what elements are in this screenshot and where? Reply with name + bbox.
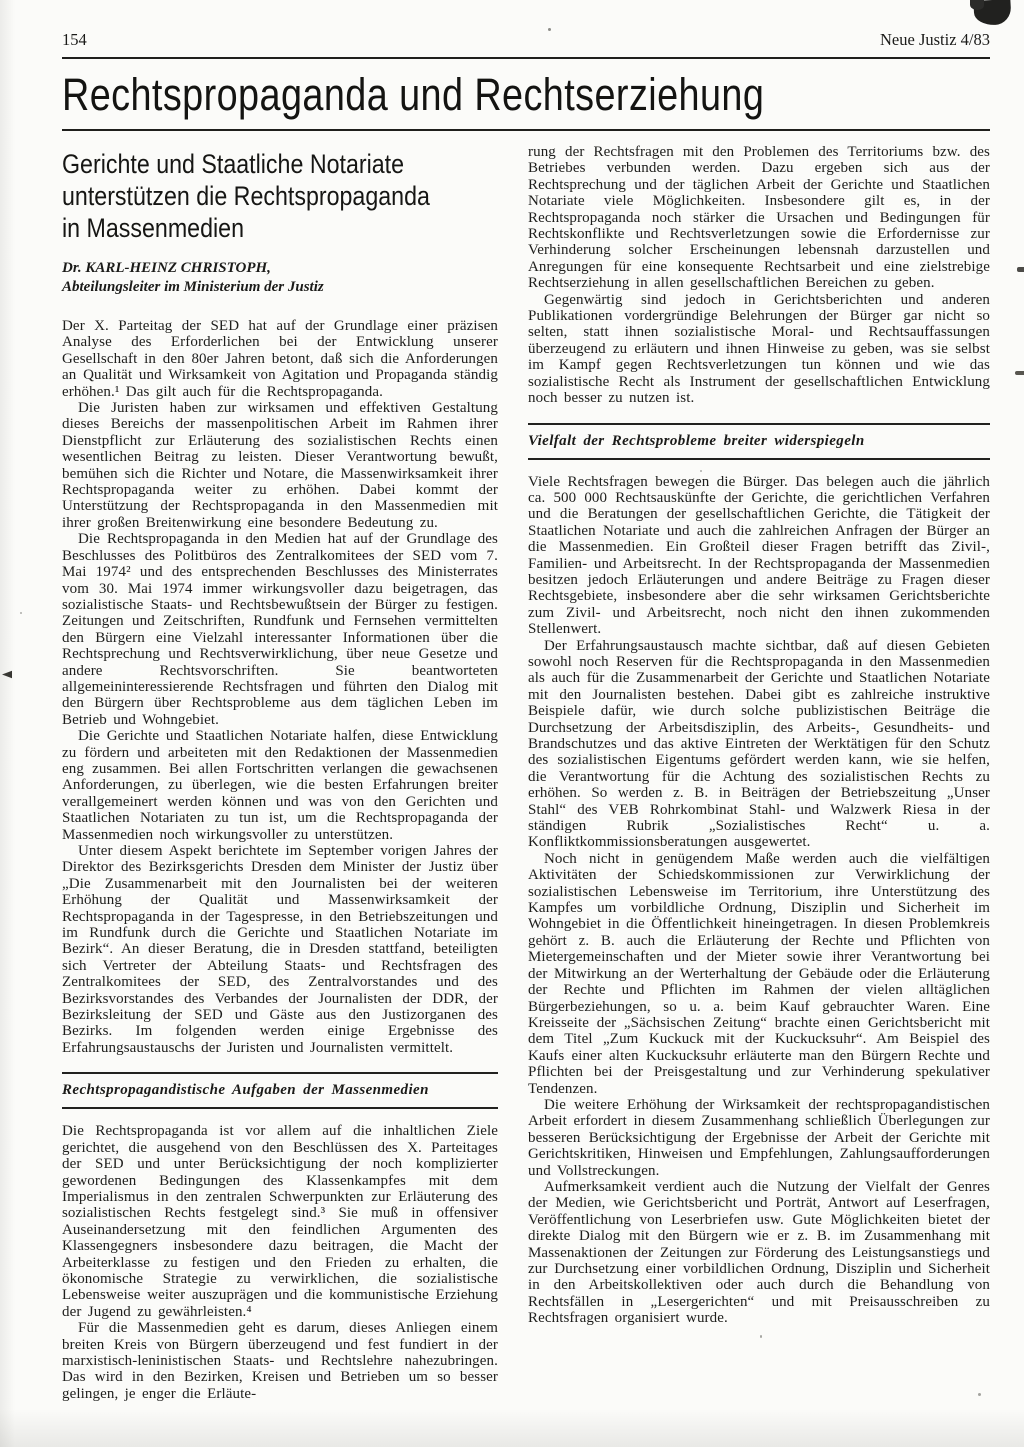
- article-title-line: in Massenmedien: [62, 212, 437, 244]
- section-heading-left: Rechtspropagandistische Aufgaben der Mas…: [62, 1072, 498, 1109]
- scan-artifact-edge-dash: [1017, 267, 1024, 272]
- scan-artifact-speck: [20, 612, 22, 614]
- article-title-line: Gerichte und Staatliche Notariate: [62, 148, 437, 180]
- paragraph: Die Juristen haben zur wirksamen und eff…: [62, 400, 498, 531]
- author-role: Abteilungsleiter im Ministerium der Just…: [62, 278, 498, 297]
- scan-bottom-shading: [0, 1409, 1024, 1447]
- paragraph: Der X. Parteitag der SED hat auf der Gru…: [62, 318, 498, 400]
- author-block: Dr. KARL-HEINZ CHRISTOPH, Abteilungsleit…: [62, 259, 498, 297]
- paragraph: Die Rechtspropaganda in den Medien hat a…: [62, 531, 498, 728]
- page-number: 154: [62, 30, 87, 50]
- paragraph: rung der Rechtsfragen mit den Problemen …: [528, 144, 990, 292]
- page-title: Rechtspropaganda und Rechtserziehung: [62, 71, 842, 119]
- paragraph: Viele Rechtsfragen bewegen die Bürger. D…: [528, 474, 990, 638]
- author-name: Dr. KARL-HEINZ CHRISTOPH,: [62, 259, 498, 278]
- paragraph: Aufmerksamkeit verdient auch die Nutzung…: [528, 1179, 990, 1327]
- paragraph: Die Rechtspropaganda ist vor allem auf d…: [62, 1123, 498, 1320]
- article-title-line: unterstützen die Rechtspropaganda: [62, 180, 437, 212]
- paragraph: Gegenwärtig sind jedoch in Gerichtsberic…: [528, 292, 990, 407]
- section-heading-right: Vielfalt der Rechtsprobleme breiter wide…: [528, 423, 990, 460]
- header-rule: [62, 57, 990, 59]
- scan-artifact-corner-blob: [973, 0, 1011, 26]
- paragraph: Für die Massenmedien geht es darum, dies…: [62, 1320, 498, 1402]
- scan-edge-shading: [0, 0, 15, 1447]
- title-rule: [62, 129, 990, 131]
- article-columns: Gerichte und Staatliche Notariate unters…: [62, 144, 990, 1402]
- article-title: Gerichte und Staatliche Notariate unters…: [62, 148, 437, 244]
- scan-artifact-margin-mark: [2, 670, 12, 679]
- paragraph: Noch nicht in genügendem Maße werden auc…: [528, 851, 990, 1097]
- right-column: rung der Rechtsfragen mit den Problemen …: [528, 144, 990, 1402]
- column-gap: [498, 144, 528, 1402]
- paragraph: Die Gerichte und Staatlichen Notariate h…: [62, 728, 498, 843]
- journal-issue: Neue Justiz 4/83: [880, 30, 990, 50]
- left-column: Gerichte und Staatliche Notariate unters…: [62, 144, 498, 1402]
- paragraph: Unter diesem Aspekt berichtete im Septem…: [62, 843, 498, 1056]
- scan-artifact-corner-blob: [970, 0, 984, 10]
- paragraph: Der Erfahrungsaustausch machte sichtbar,…: [528, 638, 990, 851]
- page-header: 154 Neue Justiz 4/83: [62, 30, 990, 50]
- scan-artifact-edge-dash: [1015, 371, 1024, 375]
- paragraph: Die weitere Erhöhung der Wirksamkeit der…: [528, 1097, 990, 1179]
- journal-page: 154 Neue Justiz 4/83 Rechtspropaganda un…: [0, 0, 1024, 1447]
